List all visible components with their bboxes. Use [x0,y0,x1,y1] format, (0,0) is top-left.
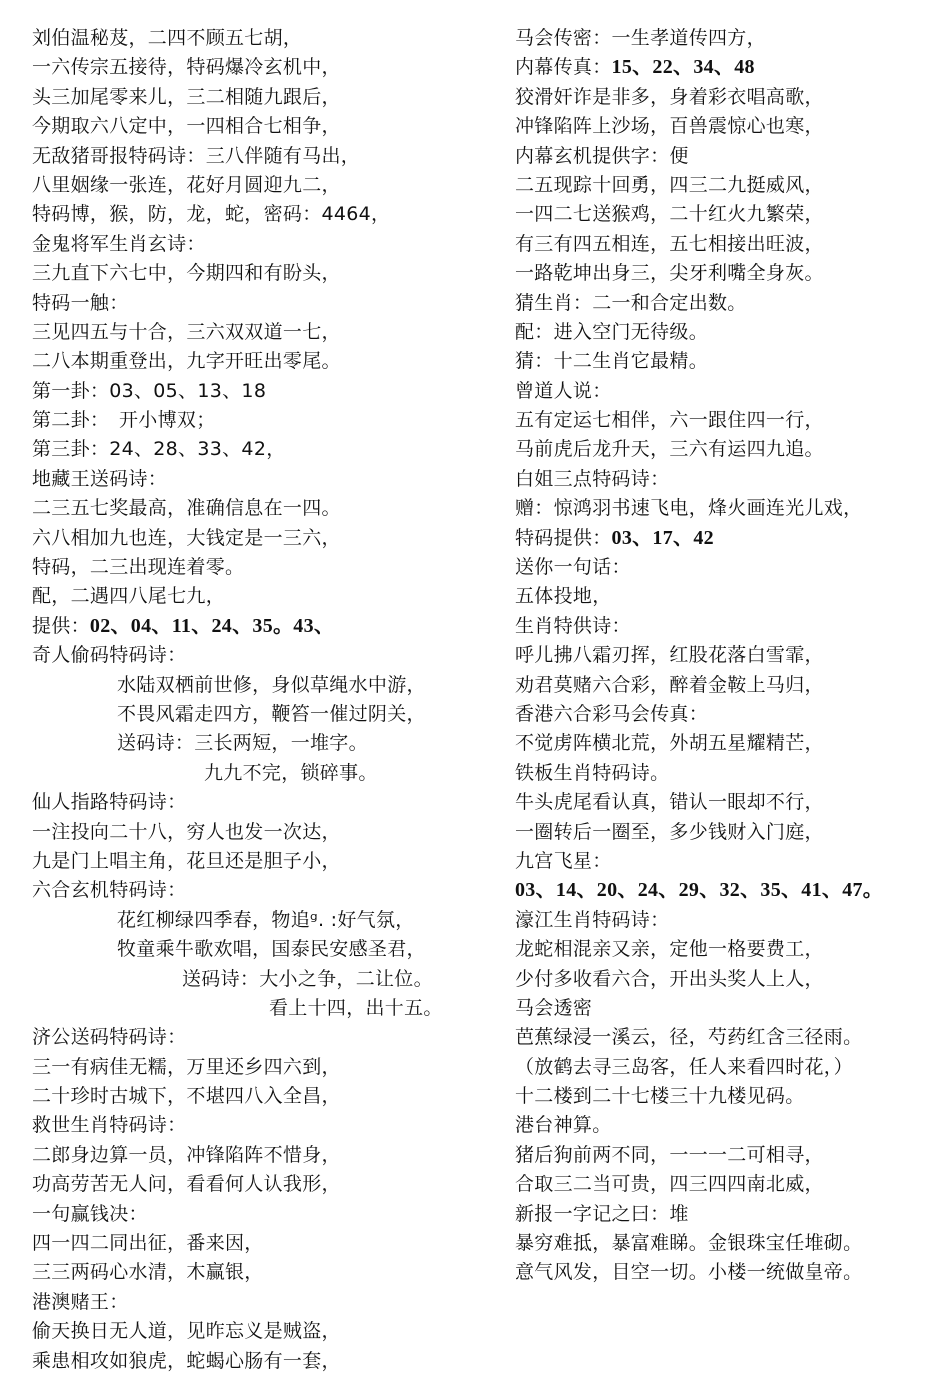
text-line: 提供：02、04、11、24、35。43、 [32,612,472,641]
text-line: 少付多收看六合，开出头奖人上人， [515,965,935,994]
text-line: 第三卦：24、28、33、42， [32,435,472,464]
line-label: 提供： [32,615,90,637]
text-line: 一句赢钱决： [32,1200,472,1229]
text-line: 芭蕉绿浸一溪云，径，芍药红含三径雨。 [515,1023,935,1052]
text-line: 曾道人说： [515,377,935,406]
text-line: 二八本期重登出，九字开旺出零尾。 [32,347,472,376]
text-line: 一注投向二十八，穷人也发一次达， [32,818,472,847]
text-line: 二郎身边算一员，冲锋陷阵不惜身， [32,1141,472,1170]
text-line: 救世生肖特码诗： [32,1111,472,1140]
text-line: 九是门上唱主角，花旦还是胆子小， [32,847,472,876]
text-line: 03、14、20、24、29、32、35、41、47。 [515,876,935,905]
text-line: 三三两码心水清，木赢银， [32,1258,472,1287]
text-line: 赠：惊鸿羽书速飞电，烽火画连光儿戏， [515,494,935,523]
right-column: 马会传密：一生孝道传四方，内幕传真：15、22、34、48狡滑奸诈是非多，身着彩… [515,24,935,1288]
text-line: 合取三二当可贵，四三四四南北威， [515,1170,935,1199]
number-list: 03、14、20、24、29、32、35、41、47。 [515,879,883,901]
text-line: 猪后狗前两不同，一一一二可相寻， [515,1141,935,1170]
text-line: 奇人偷码特码诗： [32,641,472,670]
text-line: 港台神算。 [515,1111,935,1140]
text-line: 偷天换日无人道，见昨忘义是贼盗， [32,1317,472,1346]
text-line: 不觉虏阵横北荒，外胡五星耀精芒， [515,729,935,758]
text-line: 第二卦： 开小博双； [32,406,472,435]
text-line: （放鹤去寻三岛客，任人来看四时花，） [515,1053,935,1082]
text-line: 马会透密 [515,994,935,1023]
left-column: 刘伯温秘芨，二四不顾五七胡，一六传宗五接待，特码爆冷玄机中，头三加尾零来儿，三二… [32,24,472,1376]
text-line: 无敌猪哥报特码诗：三八伴随有马出， [32,142,472,171]
text-line: 济公送码特码诗： [32,1023,472,1052]
text-line: 牧童乘牛歌欢唱，国泰民安感圣君， [32,935,472,964]
text-line: 劝君莫赌六合彩，醉着金鞍上马归， [515,671,935,700]
text-line: 不畏风霜走四方，鞭笞一催过阴关， [32,700,472,729]
text-line: 九九不完，锁碎事。 [32,759,472,788]
text-line: 暴穷难抵，暴富难睇。金银珠宝任堆砌。 [515,1229,935,1258]
text-line: 头三加尾零来儿，三二相随九跟后， [32,83,472,112]
text-line: 一六传宗五接待，特码爆冷玄机中， [32,53,472,82]
text-line: 猜：十二生肖它最精。 [515,347,935,376]
text-line: 龙蛇相混亲又亲，定他一格要费工， [515,935,935,964]
text-line: 一圈转后一圈至，多少钱财入门庭， [515,818,935,847]
text-line: 二十珍时古城下，不堪四八入全昌， [32,1082,472,1111]
text-line: 五有定运七相伴，六一跟住四一行， [515,406,935,435]
text-line: 港澳赌王： [32,1288,472,1317]
text-line: 今期取六八定中，一四相合七相争， [32,112,472,141]
text-line: 功高劳苦无人问，看看何人认我形， [32,1170,472,1199]
text-line: 第一卦：03、05、13、18 [32,377,472,406]
text-line: 四一四二同出征，番来因， [32,1229,472,1258]
text-line: 八里姻缘一张连，花好月圆迎九二， [32,171,472,200]
text-line: 白姐三点特码诗： [515,465,935,494]
text-line: 五体投地， [515,582,935,611]
text-line: 马前虎后龙升天，三六有运四九追。 [515,435,935,464]
text-line: 有三有四五相连，五七相接出旺波， [515,230,935,259]
text-line: 花红柳绿四季春，物追ᵍ. :好气氛， [32,906,472,935]
text-line: 六合玄机特码诗： [32,876,472,905]
text-line: 生肖特供诗： [515,612,935,641]
text-line: 内幕传真：15、22、34、48 [515,53,935,82]
text-line: 三一有病佳无糯，万里还乡四六到， [32,1053,472,1082]
text-line: 特码博，猴，防，龙，蛇，密码：4464， [32,200,472,229]
text-line: 冲锋陷阵上沙场，百兽震惊心也寒， [515,112,935,141]
text-line: 六八相加九也连，大钱定是一三六， [32,524,472,553]
text-line: 乘患相攻如狼虎，蛇蝎心肠有一套， [32,1347,472,1376]
text-line: 牛头虎尾看认真，错认一眼却不行， [515,788,935,817]
text-line: 猜生肖：二一和合定出数。 [515,289,935,318]
text-line: 十二楼到二十七楼三十九楼见码。 [515,1082,935,1111]
number-list: 02、04、11、24、35。43、 [90,615,334,637]
text-line: 配，二遇四八尾七九， [32,582,472,611]
text-line: 濠江生肖特码诗： [515,906,935,935]
text-line: 一四二七送猴鸡，二十红火九繁荣， [515,200,935,229]
text-line: 内幕玄机提供字：便 [515,142,935,171]
line-label: 特码提供： [515,527,612,549]
number-list: 03、17、42 [612,527,714,549]
text-line: 仙人指路特码诗： [32,788,472,817]
text-line: 马会传密：一生孝道传四方， [515,24,935,53]
text-line: 金鬼将军生肖玄诗： [32,230,472,259]
line-label: 内幕传真： [515,56,612,78]
number-list: 15、22、34、48 [612,56,755,78]
text-line: 地藏王送码诗： [32,465,472,494]
text-line: 送码诗：大小之争，二让位。 [32,965,472,994]
text-line: 九宫飞星： [515,847,935,876]
text-line: 狡滑奸诈是非多，身着彩衣唱高歌， [515,83,935,112]
text-line: 送你一句话： [515,553,935,582]
text-line: 一路乾坤出身三，尖牙利嘴全身灰。 [515,259,935,288]
text-line: 配：进入空门无待级。 [515,318,935,347]
text-line: 刘伯温秘芨，二四不顾五七胡， [32,24,472,53]
text-line: 特码提供：03、17、42 [515,524,935,553]
text-line: 送码诗：三长两短，一堆字。 [32,729,472,758]
text-line: 看上十四，出十五。 [32,994,472,1023]
text-line: 二五现踪十回勇，四三二九挺威风， [515,171,935,200]
text-line: 特码一触： [32,289,472,318]
text-line: 特码，二三出现连着零。 [32,553,472,582]
text-line: 铁板生肖特码诗。 [515,759,935,788]
text-line: 意气风发，目空一切。小楼一统做皇帝。 [515,1258,935,1287]
text-line: 香港六合彩马会传真： [515,700,935,729]
text-line: 水陆双栖前世修，身似草绳水中游， [32,671,472,700]
text-line: 新报一字记之曰：堆 [515,1200,935,1229]
text-line: 二三五七奖最高，准确信息在一四。 [32,494,472,523]
text-line: 三九直下六七中，今期四和有盼头， [32,259,472,288]
text-line: 三见四五与十合，三六双双道一七， [32,318,472,347]
text-line: 呼儿拂八霜刃挥，红股花落白雪霏， [515,641,935,670]
